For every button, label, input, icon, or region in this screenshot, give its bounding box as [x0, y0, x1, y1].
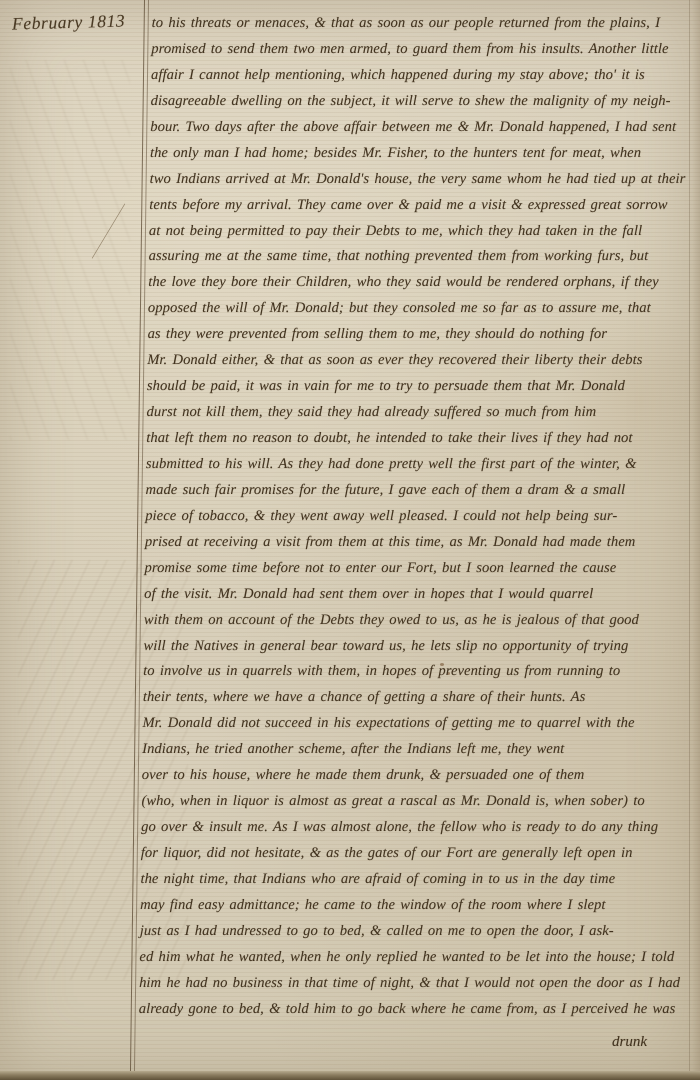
- manuscript-line: as they were prevented from selling them…: [147, 322, 693, 348]
- manuscript-line: affair I cannot help mentioning, which h…: [151, 63, 697, 89]
- manuscript-line: their tents, where we have a chance of g…: [143, 685, 689, 711]
- manuscript-line: disagreeable dwelling on the subject, it…: [150, 89, 696, 115]
- manuscript-line: tents before my arrival. They came over …: [149, 193, 695, 219]
- manuscript-line: durst not kill them, they said they had …: [146, 400, 692, 426]
- manuscript-line: already gone to bed, & told him to go ba…: [139, 997, 685, 1023]
- manuscript-line: piece of tobacco, & they went away well …: [145, 504, 691, 530]
- manuscript-line: opposed the will of Mr. Donald; but they…: [148, 296, 694, 322]
- manuscript-line: the night time, that Indians who are afr…: [140, 867, 686, 893]
- manuscript-line: that left them no reason to doubt, he in…: [146, 426, 692, 452]
- manuscript-line: for liquor, did not hesitate, & as the g…: [141, 841, 687, 867]
- manuscript-line: of the visit. Mr. Donald had sent them o…: [144, 582, 690, 608]
- manuscript-line: submitted to his will. As they had done …: [146, 452, 692, 478]
- manuscript-page: February 1813 to his threats or menaces,…: [0, 0, 700, 1080]
- manuscript-line: him he had no business in that time of n…: [139, 971, 685, 997]
- manuscript-line: the only man I had home; besides Mr. Fis…: [150, 141, 696, 167]
- page-right-edge: [689, 0, 690, 1080]
- manuscript-line: (who, when in liquor is almost as great …: [141, 789, 687, 815]
- manuscript-line: promised to send them two men armed, to …: [151, 37, 697, 63]
- manuscript-line: over to his house, where he made them dr…: [142, 763, 688, 789]
- manuscript-line: made such fair promises for the future, …: [145, 478, 691, 504]
- manuscript-lines: to his threats or menaces, & that as soo…: [139, 11, 698, 1023]
- manuscript-line: to his threats or menaces, & that as soo…: [152, 11, 698, 37]
- page-bottom-edge: [0, 1071, 700, 1080]
- manuscript-line: bour. Two days after the above affair be…: [150, 115, 696, 141]
- manuscript-line: at not being permitted to pay their Debt…: [149, 219, 695, 245]
- manuscript-line: Mr. Donald either, & that as soon as eve…: [147, 348, 693, 374]
- manuscript-line: promise some time before not to enter ou…: [144, 556, 690, 582]
- manuscript-line: may find easy admittance; he came to the…: [140, 893, 686, 919]
- manuscript-line: the love they bore their Children, who t…: [148, 270, 694, 296]
- manuscript-line: just as I had undressed to go to bed, & …: [140, 919, 686, 945]
- catchword: drunk: [612, 1034, 647, 1051]
- manuscript-line: ed him what he wanted, when he only repl…: [139, 945, 685, 971]
- manuscript-line: to involve us in quarrels with them, in …: [143, 659, 689, 685]
- manuscript-line: go over & insult me. As I was almost alo…: [141, 815, 687, 841]
- manuscript-line: will the Natives in general bear toward …: [143, 634, 689, 660]
- manuscript-line: two Indians arrived at Mr. Donald's hous…: [149, 167, 695, 193]
- page-skew-wrapper: to his threats or menaces, & that as soo…: [0, 0, 700, 1080]
- manuscript-line: prised at receiving a visit from them at…: [145, 530, 691, 556]
- page-right-shade: [692, 0, 700, 1080]
- manuscript-line: should be paid, it was in vain for me to…: [147, 374, 693, 400]
- manuscript-line: with them on account of the Debts they o…: [144, 608, 690, 634]
- manuscript-line: Mr. Donald did not succeed in his expect…: [142, 711, 688, 737]
- manuscript-line: assuring me at the same time, that nothi…: [148, 244, 694, 270]
- manuscript-line: Indians, he tried another scheme, after …: [142, 737, 688, 763]
